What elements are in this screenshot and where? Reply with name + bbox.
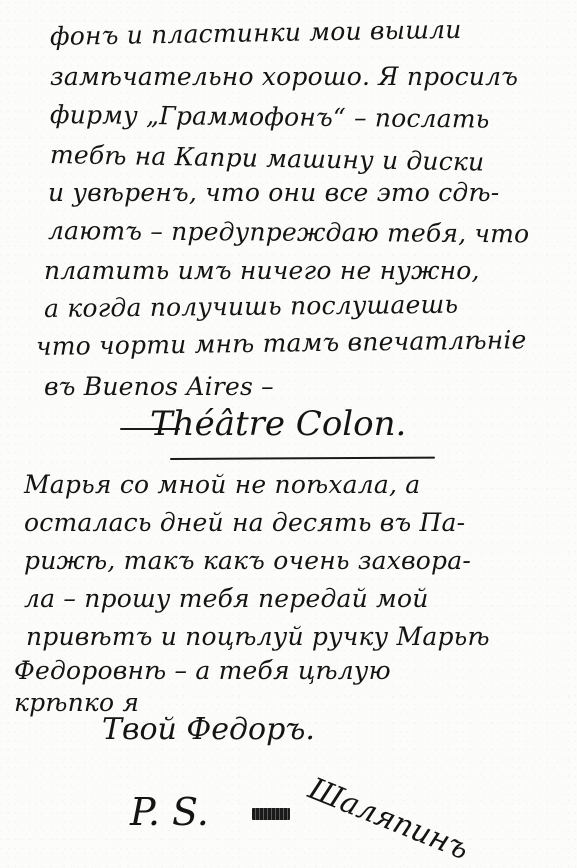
heading-theatre-colon: Théâtre Colon. — [150, 404, 406, 444]
surname-signature: Шаляпинъ — [303, 771, 473, 867]
postscript-label: P. S. — [130, 790, 209, 834]
letter-line-5: и увѣренъ, что они все это сдѣ- — [48, 178, 499, 207]
letter-line-14: ла – прошу тебя передай мой — [24, 584, 429, 613]
letter-line-4: тебѣ на Капри машину и диски — [50, 140, 485, 177]
letter-line-8: а когда получишь послушаешь — [44, 290, 459, 323]
redaction-mark — [252, 808, 290, 820]
letter-page: фонъ и пластинки мои вышли замѣчательно … — [0, 0, 577, 868]
letter-line-9: что чорти мнѣ тамъ впечатлѣніе — [36, 325, 527, 361]
closing-signature: Твой Федоръ. — [102, 712, 315, 747]
paragraph-rule — [170, 457, 435, 460]
letter-line-10: въ Buenos Aires – — [44, 372, 274, 401]
letter-line-1: фонъ и пластинки мои вышли — [50, 15, 462, 51]
letter-line-11: Марья со мной не поѣхала, а — [24, 470, 420, 499]
letter-line-6: лаютъ – предупреждаю тебя, что — [48, 216, 530, 248]
letter-line-2: замѣчательно хорошо. Я просилъ — [50, 62, 518, 91]
letter-line-13: рижѣ, такъ какъ очень захвора- — [24, 546, 471, 575]
letter-line-16: Федоровнѣ – а тебя цѣлую — [14, 656, 391, 685]
letter-line-3: фирму „Граммофонъ“ – послать — [50, 100, 490, 134]
letter-line-7: платить имъ ничего не нужно, — [44, 256, 480, 285]
letter-line-12: осталась дней на десять въ Па- — [24, 508, 465, 537]
letter-line-15: привѣтъ и поцѣлуй ручку Марьѣ — [26, 622, 490, 651]
